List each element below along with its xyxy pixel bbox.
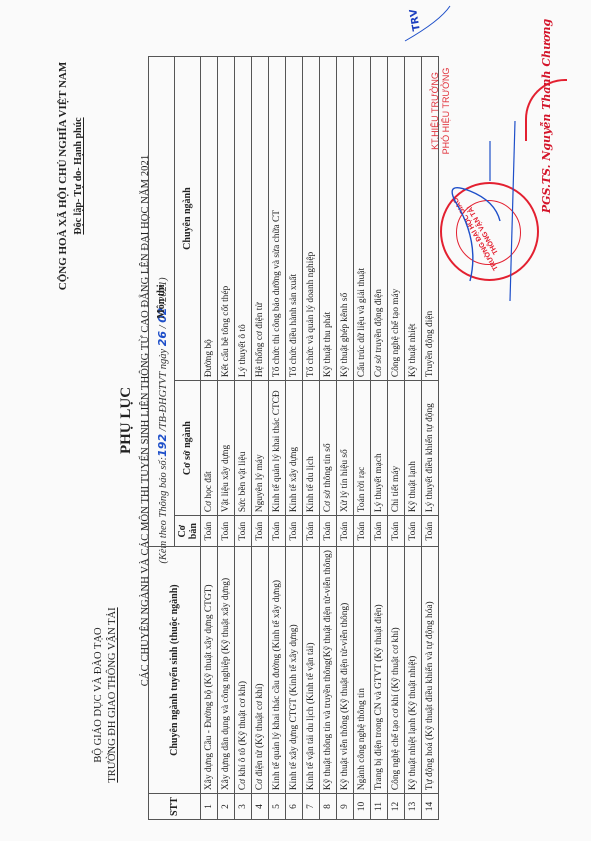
row-major: Xây dựng dân dụng và công nghiệp (Kỹ thu… (218, 547, 235, 794)
table-row: 4Cơ điện tử (Kỹ thuật cơ khí)ToánNguyên … (252, 57, 269, 820)
row-foundation-subject: Vật liệu xây dựng (218, 381, 235, 516)
signer-name: PGS.TS. Nguyễn Thanh Chương (540, 1, 553, 231)
row-number: 5 (269, 794, 286, 820)
row-number: 7 (303, 794, 320, 820)
row-basic-subject: Toán (286, 516, 303, 547)
table-row: 6Kinh tế xây dựng CTGT (Kinh tế xây dựng… (286, 57, 303, 820)
row-specialized-subject: Tổ chức thi công bảo dưỡng và sửa chữa C… (269, 57, 286, 381)
table-row: 2Xây dựng dân dụng và công nghiệp (Kỹ th… (218, 57, 235, 820)
row-foundation-subject: Sức bền vật liệu (235, 381, 252, 516)
row-major: Tự động hoá (Kỹ thuật điều khiển và tự đ… (422, 547, 439, 794)
header-foundation: Cơ sở ngành (175, 381, 201, 516)
row-major: Cơ điện tử (Kỹ thuật cơ khí) (252, 547, 269, 794)
row-number: 12 (388, 794, 405, 820)
row-foundation-subject: Cơ sở thông tin số (320, 381, 337, 516)
row-basic-subject: Toán (303, 516, 320, 547)
row-specialized-subject: Tổ chức điều hành sản xuất (286, 57, 303, 381)
row-foundation-subject: Lý thuyết điều khiển tự động (422, 381, 439, 516)
row-basic-subject: Toán (269, 516, 286, 547)
row-basic-subject: Toán (371, 516, 388, 547)
table-row: 3Cơ khí ô tô (Kỹ thuật cơ khí)ToánSức bề… (235, 57, 252, 820)
row-basic-subject: Toán (320, 516, 337, 547)
row-basic-subject: Toán (201, 516, 218, 547)
header-stt: STT (149, 794, 201, 820)
row-major: Công nghệ chế tạo cơ khí (Kỹ thuật cơ kh… (388, 547, 405, 794)
row-foundation-subject: Xử lý tín hiệu số (337, 381, 354, 516)
row-major: Trang bị điện trong CN và GTVT (Kỹ thuật… (371, 547, 388, 794)
row-number: 3 (235, 794, 252, 820)
table-row: 12Công nghệ chế tạo cơ khí (Kỹ thuật cơ … (388, 57, 405, 820)
row-specialized-subject: Kỹ thuật nhiệt (405, 57, 422, 381)
row-major: Cơ khí ô tô (Kỹ thuật cơ khí) (235, 547, 252, 794)
issuer-header: BỘ GIÁO DỤC VÀ ĐÀO TẠO TRƯỜNG ĐH GIAO TH… (92, 575, 120, 815)
row-number: 11 (371, 794, 388, 820)
row-foundation-subject: Kinh tế quản lý khai thác CTCĐ (269, 381, 286, 516)
row-basic-subject: Toán (354, 516, 371, 547)
row-specialized-subject: Kỹ thuật thu phát (320, 57, 337, 381)
row-foundation-subject: Kỹ thuật lạnh (405, 381, 422, 516)
national-header: CỘNG HOÀ XÃ HỘI CHỦ NGHĨA VIỆT NAM Độc l… (56, 11, 86, 341)
header-specialized: Chuyên ngành (175, 57, 201, 381)
row-specialized-subject: Đường bộ (201, 57, 218, 381)
row-specialized-subject: Tổ chức và quản lý doanh nghiệp (303, 57, 320, 381)
row-basic-subject: Toán (235, 516, 252, 547)
row-specialized-subject: Lý thuyết ô tô (235, 57, 252, 381)
row-foundation-subject: Kinh tế du lịch (303, 381, 320, 516)
row-major: Kỹ thuật nhiệt lạnh (Kỹ thuật nhiệt) (405, 547, 422, 794)
row-specialized-subject: Kết cấu bê tông cốt thép (218, 57, 235, 381)
table-row: 10Ngành công nghệ thông tinToánToán rời … (354, 57, 371, 820)
row-specialized-subject: Kỹ thuật ghép kênh số (337, 57, 354, 381)
country-name: CỘNG HOÀ XÃ HỘI CHỦ NGHĨA VIỆT NAM (56, 11, 71, 341)
row-basic-subject: Toán (388, 516, 405, 547)
row-basic-subject: Toán (337, 516, 354, 547)
row-number: 6 (286, 794, 303, 820)
header-major: Chuyên ngành tuyển sinh (thuộc ngành) (149, 547, 201, 794)
row-specialized-subject: Công nghệ chế tạo máy (388, 57, 405, 381)
row-number: 4 (252, 794, 269, 820)
table-row: 13Kỹ thuật nhiệt lạnh (Kỹ thuật nhiệt)To… (405, 57, 422, 820)
row-number: 1 (201, 794, 218, 820)
row-foundation-subject: Lý thuyết mạch (371, 381, 388, 516)
row-specialized-subject: Hệ thống cơ điện tử (252, 57, 269, 381)
row-foundation-subject: Toán rời rạc (354, 381, 371, 516)
row-basic-subject: Toán (405, 516, 422, 547)
table-row: 1Xây dựng Cầu - Đường bộ (Kỹ thuật xây d… (201, 57, 218, 820)
row-major: Kỹ thuật viễn thông (Kỹ thuật điện tử-vi… (337, 547, 354, 794)
table-row: 11Trang bị điện trong CN và GTVT (Kỹ thu… (371, 57, 388, 820)
row-basic-subject: Toán (252, 516, 269, 547)
national-motto: Độc lập- Tự do- Hạnh phúc (71, 11, 86, 341)
document-title: PHỤ LỤC (118, 0, 135, 841)
row-major: Kinh tế quản lý khai thác cầu đường (Kin… (269, 547, 286, 794)
row-specialized-subject: Cấu trúc dữ liệu và giải thuật (354, 57, 371, 381)
signer-role: KT.HIỆU TRƯỞNG PHÓ HIỆU TRƯỞNG (430, 21, 452, 201)
ministry-name: BỘ GIÁO DỤC VÀ ĐÀO TẠO (92, 575, 106, 815)
table-row: 9Kỹ thuật viễn thông (Kỹ thuật điện tử-v… (337, 57, 354, 820)
row-foundation-subject: Kinh tế xây dựng (286, 381, 303, 516)
handwritten-initial: TRV (408, 8, 423, 32)
document-page: BỘ GIÁO DỤC VÀ ĐÀO TẠO TRƯỜNG ĐH GIAO TH… (0, 0, 591, 841)
table-body: 1Xây dựng Cầu - Đường bộ (Kỹ thuật xây d… (201, 57, 439, 820)
university-seal-stamp: TRƯỜNG ĐẠI HỌC GIAO THÔNG VẬN TẢI (440, 182, 539, 281)
row-number: 13 (405, 794, 422, 820)
row-major: Kỹ thuật thông tin và truyền thông(Kỹ th… (320, 547, 337, 794)
row-basic-subject: Toán (218, 516, 235, 547)
row-foundation-subject: Cơ học đất (201, 381, 218, 516)
row-number: 8 (320, 794, 337, 820)
header-exam-group: Môn thi (149, 57, 175, 547)
row-basic-subject: Toán (422, 516, 439, 547)
row-major: Kinh tế vận tải du lịch (Kinh tế vận tải… (303, 547, 320, 794)
header-basic: Cơ bản (175, 516, 201, 547)
row-number: 14 (422, 794, 439, 820)
table-row: 7Kinh tế vận tải du lịch (Kinh tế vận tả… (303, 57, 320, 820)
row-major: Kinh tế xây dựng CTGT (Kinh tế xây dựng) (286, 547, 303, 794)
row-foundation-subject: Chi tiết máy (388, 381, 405, 516)
row-number: 10 (354, 794, 371, 820)
row-number: 2 (218, 794, 235, 820)
row-foundation-subject: Nguyên lý máy (252, 381, 269, 516)
row-major: Ngành công nghệ thông tin (354, 547, 371, 794)
table-row: 8Kỹ thuật thông tin và truyền thông(Kỹ t… (320, 57, 337, 820)
exam-subjects-table: STT Chuyên ngành tuyển sinh (thuộc ngành… (148, 56, 439, 820)
row-specialized-subject: Cơ sở truyền động điện (371, 57, 388, 381)
row-major: Xây dựng Cầu - Đường bộ (Kỹ thuật xây dự… (201, 547, 218, 794)
row-number: 9 (337, 794, 354, 820)
table-row: 5Kinh tế quản lý khai thác cầu đường (Ki… (269, 57, 286, 820)
